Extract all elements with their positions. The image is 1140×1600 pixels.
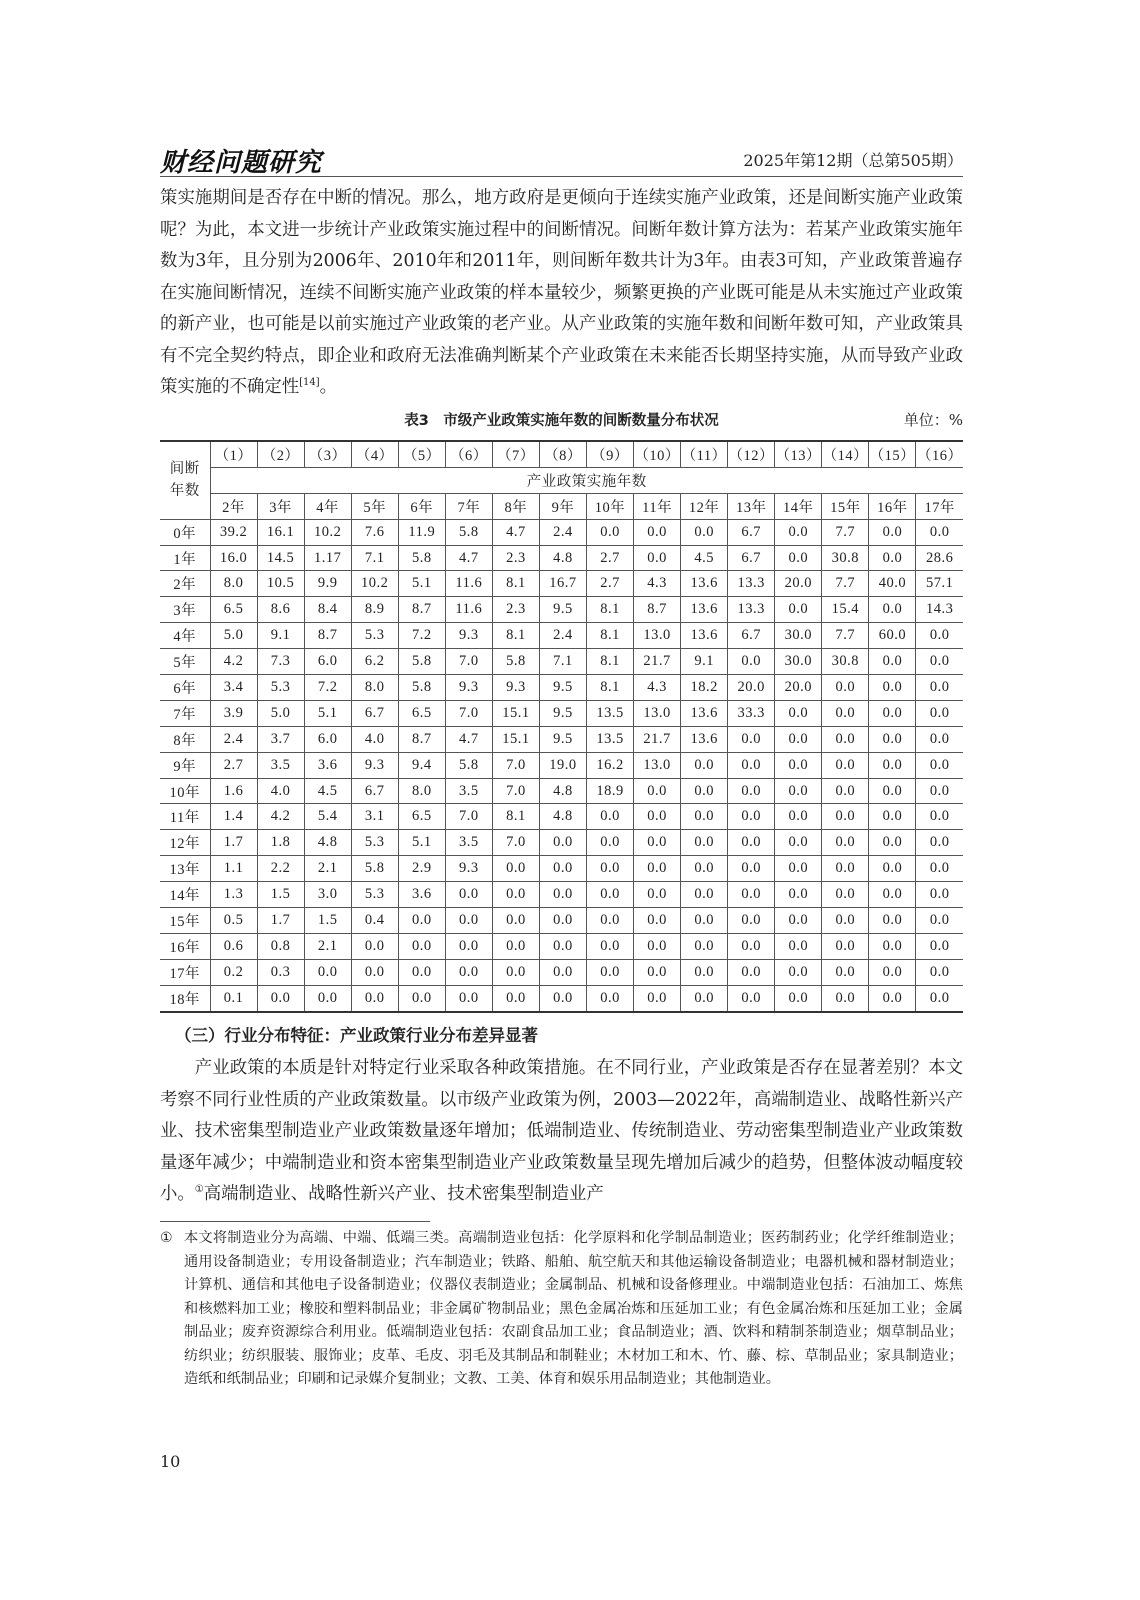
table-cell: 0.0	[634, 778, 681, 804]
table-cell: 16.2	[587, 752, 634, 778]
table-cell: 0.0	[492, 856, 539, 882]
table-cell: 0.0	[634, 933, 681, 959]
table-cell: 9.3	[445, 856, 492, 882]
footnote-divider	[160, 1221, 430, 1222]
table-cell: 0.0	[916, 959, 963, 985]
table-cell: 5.4	[304, 804, 351, 830]
footnote-text: 本文将制造业分为高端、中端、低端三类。高端制造业包括：化学原料和化学制品制造业；…	[184, 1227, 963, 1392]
table-cell: 0.0	[728, 985, 775, 1011]
table-cell: 19.0	[539, 752, 586, 778]
table-cell: 6.7	[351, 778, 398, 804]
table-cell: 4.8	[304, 830, 351, 856]
table-cell: 0.0	[822, 985, 869, 1011]
table-cell: 39.2	[210, 519, 257, 545]
table-cell: 0.0	[304, 985, 351, 1011]
table-cell: 0.0	[634, 959, 681, 985]
table-cell: 5.0	[210, 623, 257, 649]
table-cell: 5.3	[351, 882, 398, 908]
table-cell: 0.0	[869, 726, 916, 752]
table-cell: 2.7	[587, 571, 634, 597]
row-label: 13年	[160, 856, 210, 882]
table-cell: 0.0	[728, 778, 775, 804]
table-cell: 0.0	[539, 933, 586, 959]
table-cell: 1.6	[210, 778, 257, 804]
body-paragraph: 策实施期间是否存在中断的情况。那么，地方政府是更倾向于连续实施产业政策，还是间断…	[160, 183, 963, 404]
table-row: 17年0.20.30.00.00.00.00.00.00.00.00.00.00…	[160, 959, 963, 985]
table-cell: 6.7	[728, 623, 775, 649]
table-cell: 0.0	[539, 985, 586, 1011]
table-row: 3年6.58.68.48.98.711.62.39.58.18.713.613.…	[160, 597, 963, 623]
row-label: 17年	[160, 959, 210, 985]
table-cell: 13.5	[587, 700, 634, 726]
table-cell: 4.2	[257, 804, 304, 830]
column-year: 13年	[728, 493, 775, 519]
table-cell: 7.0	[445, 700, 492, 726]
table-cell: 7.7	[822, 623, 869, 649]
table-cell: 0.0	[822, 856, 869, 882]
table-cell: 3.5	[445, 830, 492, 856]
column-year: 3年	[257, 493, 304, 519]
page-number: 10	[160, 1452, 180, 1471]
table-cell: 0.0	[775, 778, 822, 804]
table-cell: 2.4	[210, 726, 257, 752]
table-cell: 0.0	[728, 959, 775, 985]
paragraph-text: 策实施期间是否存在中断的情况。那么，地方政府是更倾向于连续实施产业政策，还是间断…	[160, 188, 963, 397]
table-cell: 0.0	[634, 804, 681, 830]
row-label: 2年	[160, 571, 210, 597]
table-cell: 11.6	[445, 571, 492, 597]
column-year: 2年	[210, 493, 257, 519]
table-cell: 2.3	[492, 597, 539, 623]
table-cell: 4.5	[681, 545, 728, 571]
table-cell: 0.0	[398, 933, 445, 959]
table-cell: 0.0	[775, 933, 822, 959]
table-cell: 0.3	[257, 959, 304, 985]
table-cell: 0.0	[681, 519, 728, 545]
table-cell: 0.0	[775, 752, 822, 778]
table-cell: 21.7	[634, 726, 681, 752]
table-cell: 13.5	[587, 726, 634, 752]
column-year: 16年	[869, 493, 916, 519]
table-cell: 3.5	[257, 752, 304, 778]
table-cell: 0.0	[351, 985, 398, 1011]
table-cell: 0.0	[822, 778, 869, 804]
table-cell: 3.5	[445, 778, 492, 804]
table-cell: 8.7	[634, 597, 681, 623]
table-cell: 0.0	[728, 882, 775, 908]
table-cell: 2.7	[210, 752, 257, 778]
table-row: 11年1.44.25.43.16.57.08.14.80.00.00.00.00…	[160, 804, 963, 830]
table-cell: 0.0	[728, 933, 775, 959]
table-cell: 0.0	[681, 882, 728, 908]
table-cell: 0.0	[869, 882, 916, 908]
table-cell: 0.0	[775, 519, 822, 545]
table-cell: 0.0	[587, 908, 634, 934]
column-year: 14年	[775, 493, 822, 519]
table-cell: 0.0	[304, 959, 351, 985]
table-cell: 1.4	[210, 804, 257, 830]
table-cell: 0.0	[492, 959, 539, 985]
table-cell: 5.1	[398, 830, 445, 856]
table-cell: 0.0	[539, 908, 586, 934]
row-header: 间断年数	[160, 441, 210, 519]
table-cell: 3.1	[351, 804, 398, 830]
table-cell: 0.0	[445, 933, 492, 959]
table-cell: 6.5	[210, 597, 257, 623]
table-cell: 8.4	[304, 597, 351, 623]
table-cell: 6.7	[351, 700, 398, 726]
table-cell: 0.0	[351, 933, 398, 959]
table-cell: 0.0	[916, 752, 963, 778]
table-row: 12年1.71.84.85.35.13.57.00.00.00.00.00.00…	[160, 830, 963, 856]
table-cell: 8.0	[210, 571, 257, 597]
table-cell: 9.4	[398, 752, 445, 778]
table-cell: 8.1	[587, 597, 634, 623]
table-cell: 0.0	[445, 959, 492, 985]
table-cell: 13.0	[634, 752, 681, 778]
table-cell: 0.0	[775, 804, 822, 830]
table-cell: 15.1	[492, 700, 539, 726]
row-label: 7年	[160, 700, 210, 726]
table-cell: 16.7	[539, 571, 586, 597]
table-cell: 0.0	[681, 933, 728, 959]
table-cell: 7.2	[304, 675, 351, 701]
row-label: 3年	[160, 597, 210, 623]
column-number: （10）	[634, 441, 681, 467]
table-cell: 8.1	[587, 623, 634, 649]
table-row: 4年5.09.18.75.37.29.38.12.48.113.013.66.7…	[160, 623, 963, 649]
column-number: （3）	[304, 441, 351, 467]
table-cell: 5.1	[304, 700, 351, 726]
table-cell: 0.0	[916, 519, 963, 545]
table-cell: 8.1	[492, 571, 539, 597]
table-cell: 30.8	[822, 545, 869, 571]
table-cell: 5.8	[445, 519, 492, 545]
table-cell: 0.0	[587, 856, 634, 882]
table-row: 18年0.10.00.00.00.00.00.00.00.00.00.00.00…	[160, 985, 963, 1011]
table-cell: 0.0	[869, 752, 916, 778]
table-cell: 20.0	[775, 571, 822, 597]
table-cell: 4.7	[445, 545, 492, 571]
table-cell: 4.7	[492, 519, 539, 545]
table-cell: 6.0	[304, 726, 351, 752]
column-number: （11）	[681, 441, 728, 467]
table-cell: 0.0	[775, 597, 822, 623]
table-cell: 0.0	[681, 804, 728, 830]
table-cell: 7.7	[822, 519, 869, 545]
table-cell: 0.0	[916, 985, 963, 1011]
table-row: 14年1.31.53.05.33.60.00.00.00.00.00.00.00…	[160, 882, 963, 908]
column-number: （12）	[728, 441, 775, 467]
table-cell: 0.0	[869, 700, 916, 726]
journal-logo: 财经问题研究	[160, 142, 322, 179]
footnote-mark: ①	[160, 1227, 173, 1251]
table-cell: 0.0	[869, 545, 916, 571]
table-cell: 9.3	[351, 752, 398, 778]
table-cell: 8.6	[257, 597, 304, 623]
table-cell: 2.4	[539, 519, 586, 545]
table-cell: 0.0	[822, 726, 869, 752]
table-cell: 21.7	[634, 649, 681, 675]
table-cell: 13.0	[634, 700, 681, 726]
table-cell: 3.4	[210, 675, 257, 701]
table-cell: 8.0	[398, 778, 445, 804]
row-label: 9年	[160, 752, 210, 778]
column-number: （13）	[775, 441, 822, 467]
table-cell: 0.5	[210, 908, 257, 934]
table-cell: 0.0	[822, 959, 869, 985]
table-cell: 4.3	[634, 571, 681, 597]
table-cell: 0.0	[634, 519, 681, 545]
column-year: 12年	[681, 493, 728, 519]
table-cell: 13.6	[681, 597, 728, 623]
table-cell: 0.0	[869, 908, 916, 934]
table-cell: 0.0	[634, 908, 681, 934]
table-cell: 7.7	[822, 571, 869, 597]
column-year: 7年	[445, 493, 492, 519]
table-cell: 13.3	[728, 597, 775, 623]
table-cell: 0.0	[775, 700, 822, 726]
table-cell: 6.5	[398, 700, 445, 726]
table-cell: 0.0	[634, 882, 681, 908]
table-cell: 4.0	[257, 778, 304, 804]
table-cell: 5.3	[351, 623, 398, 649]
table-cell: 0.6	[210, 933, 257, 959]
table-cell: 28.6	[916, 545, 963, 571]
column-year: 17年	[916, 493, 963, 519]
table-cell: 9.5	[539, 726, 586, 752]
table-cell: 7.2	[398, 623, 445, 649]
table-cell: 0.0	[869, 830, 916, 856]
table-cell: 5.8	[445, 752, 492, 778]
table-cell: 30.8	[822, 649, 869, 675]
table-cell: 0.0	[681, 778, 728, 804]
table-cell: 0.0	[681, 959, 728, 985]
table-cell: 9.3	[492, 675, 539, 701]
column-number: （8）	[539, 441, 586, 467]
table-cell: 5.1	[398, 571, 445, 597]
table-cell: 4.5	[304, 778, 351, 804]
table-cell: 11.6	[445, 597, 492, 623]
table-cell: 0.0	[728, 856, 775, 882]
table-cell: 9.1	[257, 623, 304, 649]
table-cell: 0.0	[916, 804, 963, 830]
table-cell: 3.7	[257, 726, 304, 752]
table-cell: 0.0	[398, 959, 445, 985]
table-cell: 9.1	[681, 649, 728, 675]
table-cell: 2.3	[492, 545, 539, 571]
table-cell: 7.0	[492, 778, 539, 804]
table-cell: 1.17	[304, 545, 351, 571]
column-year: 6年	[398, 493, 445, 519]
table-cell: 5.8	[398, 649, 445, 675]
table-cell: 8.7	[398, 726, 445, 752]
table-cell: 1.7	[210, 830, 257, 856]
table-cell: 0.0	[916, 908, 963, 934]
group-header: 产业政策实施年数	[210, 467, 963, 493]
table-cell: 5.0	[257, 700, 304, 726]
table-cell: 0.0	[728, 752, 775, 778]
table-cell: 0.0	[869, 933, 916, 959]
table-cell: 20.0	[728, 675, 775, 701]
running-header: 财经问题研究 2025年第12期（总第505期）	[160, 140, 963, 177]
table-cell: 0.0	[681, 856, 728, 882]
table-cell: 33.3	[728, 700, 775, 726]
table-cell: 0.0	[539, 830, 586, 856]
table-cell: 7.0	[492, 752, 539, 778]
table-cell: 14.5	[257, 545, 304, 571]
table-cell: 60.0	[869, 623, 916, 649]
table-cell: 18.9	[587, 778, 634, 804]
column-number: （1）	[210, 441, 257, 467]
table-cell: 0.0	[869, 597, 916, 623]
row-label: 11年	[160, 804, 210, 830]
row-label: 16年	[160, 933, 210, 959]
table-cell: 2.2	[257, 856, 304, 882]
table-cell: 0.0	[728, 649, 775, 675]
table-cell: 6.2	[351, 649, 398, 675]
table-cell: 7.6	[351, 519, 398, 545]
table-cell: 30.0	[775, 649, 822, 675]
table-cell: 8.0	[351, 675, 398, 701]
table-cell: 0.4	[351, 908, 398, 934]
table-cell: 0.0	[869, 959, 916, 985]
table-cell: 30.0	[775, 623, 822, 649]
table-cell: 0.2	[210, 959, 257, 985]
citation: [14]	[299, 377, 320, 388]
column-year: 8年	[492, 493, 539, 519]
column-number: （15）	[869, 441, 916, 467]
column-number: （2）	[257, 441, 304, 467]
table-cell: 1.5	[257, 882, 304, 908]
table-row: 9年2.73.53.69.39.45.87.019.016.213.00.00.…	[160, 752, 963, 778]
table-cell: 0.0	[869, 649, 916, 675]
table-caption: 表3 市级产业政策实施年数的间断数量分布状况 单位：%	[160, 409, 963, 433]
table-cell: 2.4	[539, 623, 586, 649]
row-label: 12年	[160, 830, 210, 856]
table-cell: 6.7	[728, 545, 775, 571]
row-label: 1年	[160, 545, 210, 571]
data-table: 间断年数 （1）（2）（3）（4）（5）（6）（7）（8）（9）（10）（11）…	[160, 440, 963, 1013]
table-cell: 7.0	[445, 804, 492, 830]
column-year: 10年	[587, 493, 634, 519]
table-cell: 0.0	[681, 752, 728, 778]
table-cell: 10.2	[351, 571, 398, 597]
table-cell: 0.0	[681, 830, 728, 856]
table-cell: 8.1	[492, 804, 539, 830]
table-cell: 9.5	[539, 675, 586, 701]
table-cell: 11.9	[398, 519, 445, 545]
column-number: （16）	[916, 441, 963, 467]
table-cell: 2.1	[304, 856, 351, 882]
table-cell: 0.0	[916, 856, 963, 882]
table-cell: 0.0	[916, 778, 963, 804]
table-cell: 8.1	[492, 623, 539, 649]
table-cell: 0.0	[445, 985, 492, 1011]
table-cell: 4.8	[539, 545, 586, 571]
table-cell: 0.0	[822, 882, 869, 908]
table-cell: 0.0	[869, 856, 916, 882]
column-year: 11年	[634, 493, 681, 519]
table-row: 1年16.014.51.177.15.84.72.34.82.70.04.56.…	[160, 545, 963, 571]
table-cell: 3.9	[210, 700, 257, 726]
row-label: 15年	[160, 908, 210, 934]
table-cell: 0.0	[587, 830, 634, 856]
table-cell: 6.7	[728, 519, 775, 545]
column-year: 5年	[351, 493, 398, 519]
footnote-ref: ①	[195, 1184, 204, 1195]
table-cell: 0.0	[445, 882, 492, 908]
table-cell: 0.0	[822, 830, 869, 856]
table-cell: 0.0	[539, 959, 586, 985]
table-cell: 5.3	[351, 830, 398, 856]
table-cell: 0.0	[492, 882, 539, 908]
section-heading: （三）行业分布特征：产业政策行业分布差异显著	[175, 1022, 538, 1046]
table-cell: 13.6	[681, 571, 728, 597]
table-cell: 9.5	[539, 700, 586, 726]
table-cell: 7.0	[492, 830, 539, 856]
table-cell: 18.2	[681, 675, 728, 701]
table-cell: 5.8	[351, 856, 398, 882]
table-cell: 16.1	[257, 519, 304, 545]
table-cell: 0.0	[822, 752, 869, 778]
table-cell: 4.8	[539, 778, 586, 804]
table-cell: 0.0	[822, 700, 869, 726]
table-cell: 0.0	[822, 908, 869, 934]
table-cell: 8.1	[587, 649, 634, 675]
table-cell: 0.0	[587, 959, 634, 985]
table-cell: 13.3	[728, 571, 775, 597]
table-cell: 3.6	[304, 752, 351, 778]
table-cell: 6.0	[304, 649, 351, 675]
table-cell: 0.0	[587, 933, 634, 959]
table-cell: 0.0	[775, 726, 822, 752]
table-cell: 0.0	[351, 959, 398, 985]
table-cell: 0.0	[492, 985, 539, 1011]
table-cell: 0.0	[587, 804, 634, 830]
table-row: 7年3.95.05.16.76.57.015.19.513.513.013.63…	[160, 700, 963, 726]
table-cell: 0.0	[775, 856, 822, 882]
table-cell: 3.6	[398, 882, 445, 908]
footnote: ① 本文将制造业分为高端、中端、低端三类。高端制造业包括：化学原料和化学制品制造…	[160, 1227, 963, 1392]
table-cell: 0.0	[869, 985, 916, 1011]
table-cell: 0.0	[398, 985, 445, 1011]
table-row: 0年39.216.110.27.611.95.84.72.40.00.00.06…	[160, 519, 963, 545]
table-cell: 0.0	[634, 830, 681, 856]
table-cell: 20.0	[775, 675, 822, 701]
table-cell: 0.0	[822, 933, 869, 959]
table-cell: 0.0	[775, 959, 822, 985]
table-cell: 8.7	[304, 623, 351, 649]
table-cell: 0.0	[916, 623, 963, 649]
table-cell: 0.0	[634, 856, 681, 882]
table-cell: 6.5	[398, 804, 445, 830]
table-cell: 14.3	[916, 597, 963, 623]
column-year: 15年	[822, 493, 869, 519]
column-number: （7）	[492, 441, 539, 467]
row-label: 6年	[160, 675, 210, 701]
table-cell: 0.0	[728, 804, 775, 830]
table-cell: 0.0	[822, 675, 869, 701]
row-label: 14年	[160, 882, 210, 908]
column-number: （4）	[351, 441, 398, 467]
table-cell: 0.0	[822, 804, 869, 830]
table-row: 15年0.51.71.50.40.00.00.00.00.00.00.00.00…	[160, 908, 963, 934]
table-cell: 0.0	[587, 985, 634, 1011]
table-cell: 9.9	[304, 571, 351, 597]
column-number: （14）	[822, 441, 869, 467]
table-row: 6年3.45.37.28.05.89.39.39.58.14.318.220.0…	[160, 675, 963, 701]
